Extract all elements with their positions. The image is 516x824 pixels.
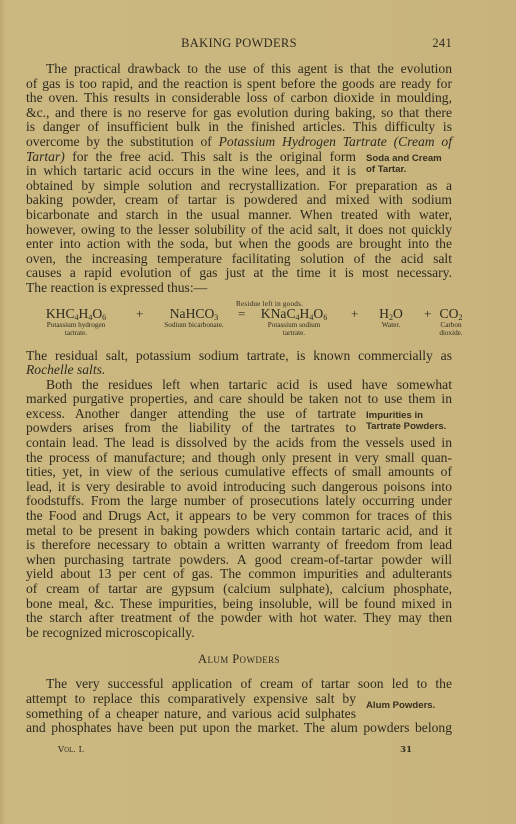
text-line: something of a cheaper nature, and vario… bbox=[26, 707, 356, 722]
text-line: The practical drawback to the use of thi… bbox=[26, 62, 452, 77]
equation-term-sodium-bicarbonate: NaHCO3 Sodium bicarbonate. bbox=[144, 306, 244, 329]
margin-note-line: Tartrate Powders. bbox=[366, 421, 446, 432]
margin-note-impurities: Impurities in Tartrate Powders. bbox=[366, 410, 446, 432]
text-line: contain lead. The lead is dissolved by t… bbox=[26, 436, 452, 451]
equation-term-potassium-hydrogen-tartrate: KHC4H4O6 Potassium hydrogen tartrate. bbox=[26, 306, 126, 337]
text-line: is therefore necessary to obtain a writt… bbox=[26, 538, 452, 553]
text-line: The residual salt, potassium sodium tart… bbox=[26, 349, 452, 364]
formula-label: Sodium bicarbonate. bbox=[144, 321, 244, 329]
text-line: of gas is too rapid, and the reaction is… bbox=[26, 77, 452, 92]
formula: CO2 bbox=[436, 306, 466, 321]
text-line: when purchasing tartrate powders. A good… bbox=[26, 553, 452, 568]
formula: NaHCO3 bbox=[144, 306, 244, 321]
formula: KHC4H4O6 bbox=[26, 306, 126, 321]
text-line: yield about 13 per cent of gas. The comm… bbox=[26, 567, 452, 582]
running-title: BAKING POWDERS bbox=[26, 36, 452, 51]
text-line: The very successful application of cream… bbox=[26, 677, 452, 692]
text-line: enter into action with the soda, but whe… bbox=[26, 237, 452, 252]
text-line: bicarbonate and starch in the usual mann… bbox=[26, 208, 452, 223]
text-line: oven, the increasing temperature facilit… bbox=[26, 252, 452, 267]
margin-note-row: Tartar) for the free acid. This salt is … bbox=[26, 150, 452, 179]
formula-label: Carbon bbox=[436, 321, 466, 329]
equation-term-carbon-dioxide: CO2 Carbon dioxide. bbox=[436, 306, 466, 337]
text-line: the process of manufacture; and though o… bbox=[26, 451, 452, 466]
margin-note-line: of Tartar. bbox=[366, 164, 442, 175]
text-line: Both the residues left when tartaric aci… bbox=[26, 378, 452, 393]
text-line: is danger of insufficient bulk in the fi… bbox=[26, 120, 452, 135]
page-body: The practical drawback to the use of thi… bbox=[26, 62, 452, 736]
plus-operator: + bbox=[136, 307, 143, 322]
text-line: tities, yet, in view of the serious cumu… bbox=[26, 465, 452, 480]
formula-label: tartrate. bbox=[248, 329, 340, 337]
text-line: of cream of tartar are gypsum (calcium s… bbox=[26, 582, 452, 597]
equation-term-water: H2O Water. bbox=[371, 306, 411, 329]
formula-label: dioxide. bbox=[436, 329, 466, 337]
formula-label: tartrate. bbox=[26, 329, 126, 337]
margin-note-row: excess. Another danger attending the use… bbox=[26, 407, 452, 436]
text-line: in which tartaric acid occurs in the win… bbox=[26, 164, 356, 179]
text-line: overcome by the substitution of Potassiu… bbox=[26, 135, 452, 150]
plus-operator: + bbox=[351, 307, 358, 322]
text-line: and phosphates have been put upon the ma… bbox=[26, 721, 452, 736]
text-line: however, owing to the lesser solubility … bbox=[26, 223, 452, 238]
equation-term-potassium-sodium-tartrate: KNaC4H4O6 Potassium sodium tartrate. bbox=[248, 306, 340, 337]
margin-note-line: Alum Powders. bbox=[366, 700, 435, 711]
text-line: lead, it is very desirable to avoid intr… bbox=[26, 480, 452, 495]
italic-term: Rochelle salts. bbox=[26, 362, 105, 377]
margin-note-line: Impurities in bbox=[366, 410, 446, 421]
text-line: bone meal, &c. These impurities, being i… bbox=[26, 597, 452, 612]
margin-note-line: Soda and Cream bbox=[366, 153, 442, 164]
text-line: the Food and Drugs Act, it appears to be… bbox=[26, 509, 452, 524]
formula-label: Water. bbox=[371, 321, 411, 329]
page-number: 241 bbox=[432, 36, 452, 51]
text-line: excess. Another danger attending the use… bbox=[26, 407, 356, 422]
text-line: baking powder, cream of tartar is powder… bbox=[26, 193, 452, 208]
equals-operator: = bbox=[238, 307, 245, 322]
margin-note-row: attempt to replace this comparatively ex… bbox=[26, 692, 452, 721]
text-run: overcome by the substitution of bbox=[26, 134, 219, 149]
text-line: powders arises from the liability of the… bbox=[26, 421, 356, 436]
text-line: &c., and there is no reserve for gas evo… bbox=[26, 106, 452, 121]
text-line: Rochelle salts. bbox=[26, 363, 452, 378]
plus-operator: + bbox=[424, 307, 431, 322]
margin-note-alum: Alum Powders. bbox=[366, 700, 435, 711]
formula-label: Potassium hydrogen bbox=[26, 321, 126, 329]
running-header: BAKING POWDERS 241 bbox=[26, 36, 452, 52]
italic-term: Tartar) bbox=[26, 149, 65, 164]
text-line: the oven. This results in considerable l… bbox=[26, 91, 452, 106]
formula: H2O bbox=[371, 306, 411, 321]
formula-label: Potassium sodium bbox=[248, 321, 340, 329]
text-line: foodstuffs. From the large number of pro… bbox=[26, 494, 452, 509]
signature-mark: 31 bbox=[400, 745, 412, 755]
text-line: metal to be present in baking powders wh… bbox=[26, 524, 452, 539]
text-run: for the free acid. This salt is the orig… bbox=[65, 149, 356, 164]
text-line: causes a rapid evolution of gas just at … bbox=[26, 266, 452, 281]
text-line: Tartar) for the free acid. This salt is … bbox=[26, 150, 356, 165]
chemical-equation: Residue left in goods. KHC4H4O6 Potassiu… bbox=[26, 297, 452, 349]
volume-label: Vol. I. bbox=[58, 745, 85, 755]
book-page: BAKING POWDERS 241 The practical drawbac… bbox=[0, 0, 516, 824]
text-line: be recognized microscopically. bbox=[26, 626, 452, 641]
text-line: The reaction is expressed thus:— bbox=[26, 281, 452, 296]
margin-note-soda-cream-tartar: Soda and Cream of Tartar. bbox=[366, 153, 442, 175]
italic-term: Potassium Hydrogen Tartrate (Cream of bbox=[219, 134, 452, 149]
text-line: the starch after treatment of the powder… bbox=[26, 611, 452, 626]
page-footer: Vol. I. 31 bbox=[26, 745, 452, 757]
text-line: attempt to replace this comparatively ex… bbox=[26, 692, 356, 707]
text-line: marked purgative properties, and care sh… bbox=[26, 392, 452, 407]
text-line: obtained by simple solution and recrysta… bbox=[26, 179, 452, 194]
formula: KNaC4H4O6 bbox=[248, 306, 340, 321]
section-heading: Alum Powders bbox=[26, 649, 452, 669]
